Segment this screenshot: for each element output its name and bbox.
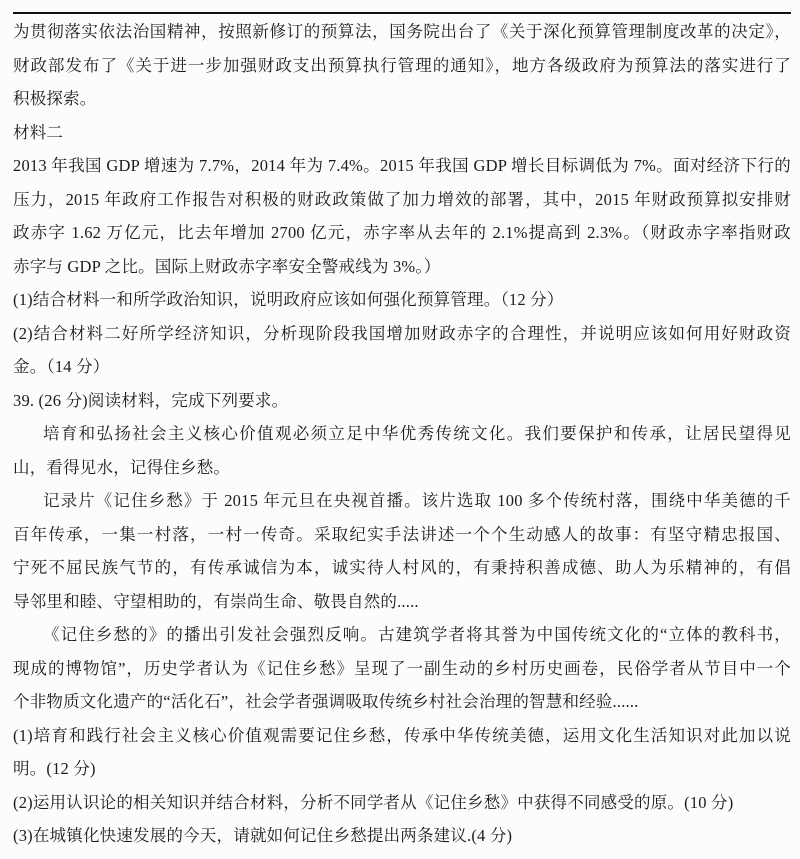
text-line: 宁死不屈民族气节的，有传承诚信为本，诚实待人村风的，有秉持积善成德、助人为乐精神… — [13, 551, 791, 585]
text-line: 个非物质文化遗产的“活化石”，社会学者强调吸取传统乡村社会治理的智慧和经验...… — [13, 685, 791, 719]
text-line: 积极探索。 — [13, 82, 791, 116]
text-line: 明。(12 分) — [13, 752, 791, 786]
text-line: 导邻里和睦、守望相助的，有崇尚生命、敬畏自然的..... — [13, 585, 791, 619]
document-body: 为贯彻落实依法治国精神，按照新修订的预算法，国务院出台了《关于深化预算管理制度改… — [0, 14, 800, 853]
text-line: (1)培育和践行社会主义核心价值观需要记住乡愁，传承中华传统美德，运用文化生活知… — [13, 719, 791, 753]
text-line: 现成的博物馆”，历史学者认为《记住乡愁》呈现了一副生动的乡村历史画卷，民俗学者从… — [13, 652, 791, 686]
text-line: 金。（14 分） — [13, 350, 791, 384]
text-line: 培育和弘扬社会主义核心价值观必须立足中华优秀传统文化。我们要保护和传承，让居民望… — [13, 417, 791, 451]
text-line: 财政部发布了《关于进一步加强财政支出预算执行管理的通知》，地方各级政府为预算法的… — [13, 49, 791, 83]
text-line: (3)在城镇化快速发展的今天，请就如何记住乡愁提出两条建议.(4 分) — [13, 819, 791, 853]
text-line: 山，看得见水，记得住乡愁。 — [13, 451, 791, 485]
text-line: 赤字与 GDP 之比。国际上财政赤字率安全警戒线为 3%。） — [13, 250, 791, 284]
text-line: 《记住乡愁的》的播出引发社会强烈反响。古建筑学者将其誉为中国传统文化的“立体的教… — [13, 618, 791, 652]
text-line: 政赤字 1.62 万亿元，比去年增加 2700 亿元，赤字率从去年的 2.1%提… — [13, 216, 791, 250]
text-line: 2013 年我国 GDP 增速为 7.7%，2014 年为 7.4%。2015 … — [13, 149, 791, 183]
text-line: 材料二 — [13, 116, 791, 150]
text-line: 百年传承，一集一村落，一村一传奇。采取纪实手法讲述一个个生动感人的故事：有坚守精… — [13, 518, 791, 552]
text-line: 压力，2015 年政府工作报告对积极的财政政策做了加力增效的部署，其中，2015… — [13, 183, 791, 217]
text-line: (1)结合材料一和所学政治知识，说明政府应该如何强化预算管理。（12 分） — [13, 283, 791, 317]
text-line: 为贯彻落实依法治国精神，按照新修订的预算法，国务院出台了《关于深化预算管理制度改… — [13, 15, 791, 49]
text-line: (2)结合材料二好所学经济知识，分析现阶段我国增加财政赤字的合理性，并说明应该如… — [13, 317, 791, 351]
document-page: 为贯彻落实依法治国精神，按照新修订的预算法，国务院出台了《关于深化预算管理制度改… — [0, 0, 800, 859]
text-line: 39. (26 分)阅读材料，完成下列要求。 — [13, 384, 791, 418]
text-line: 记录片《记住乡愁》于 2015 年元旦在央视首播。该片选取 100 多个传统村落… — [13, 484, 791, 518]
text-line: (2)运用认识论的相关知识并结合材料，分析不同学者从《记住乡愁》中获得不同感受的… — [13, 786, 791, 820]
